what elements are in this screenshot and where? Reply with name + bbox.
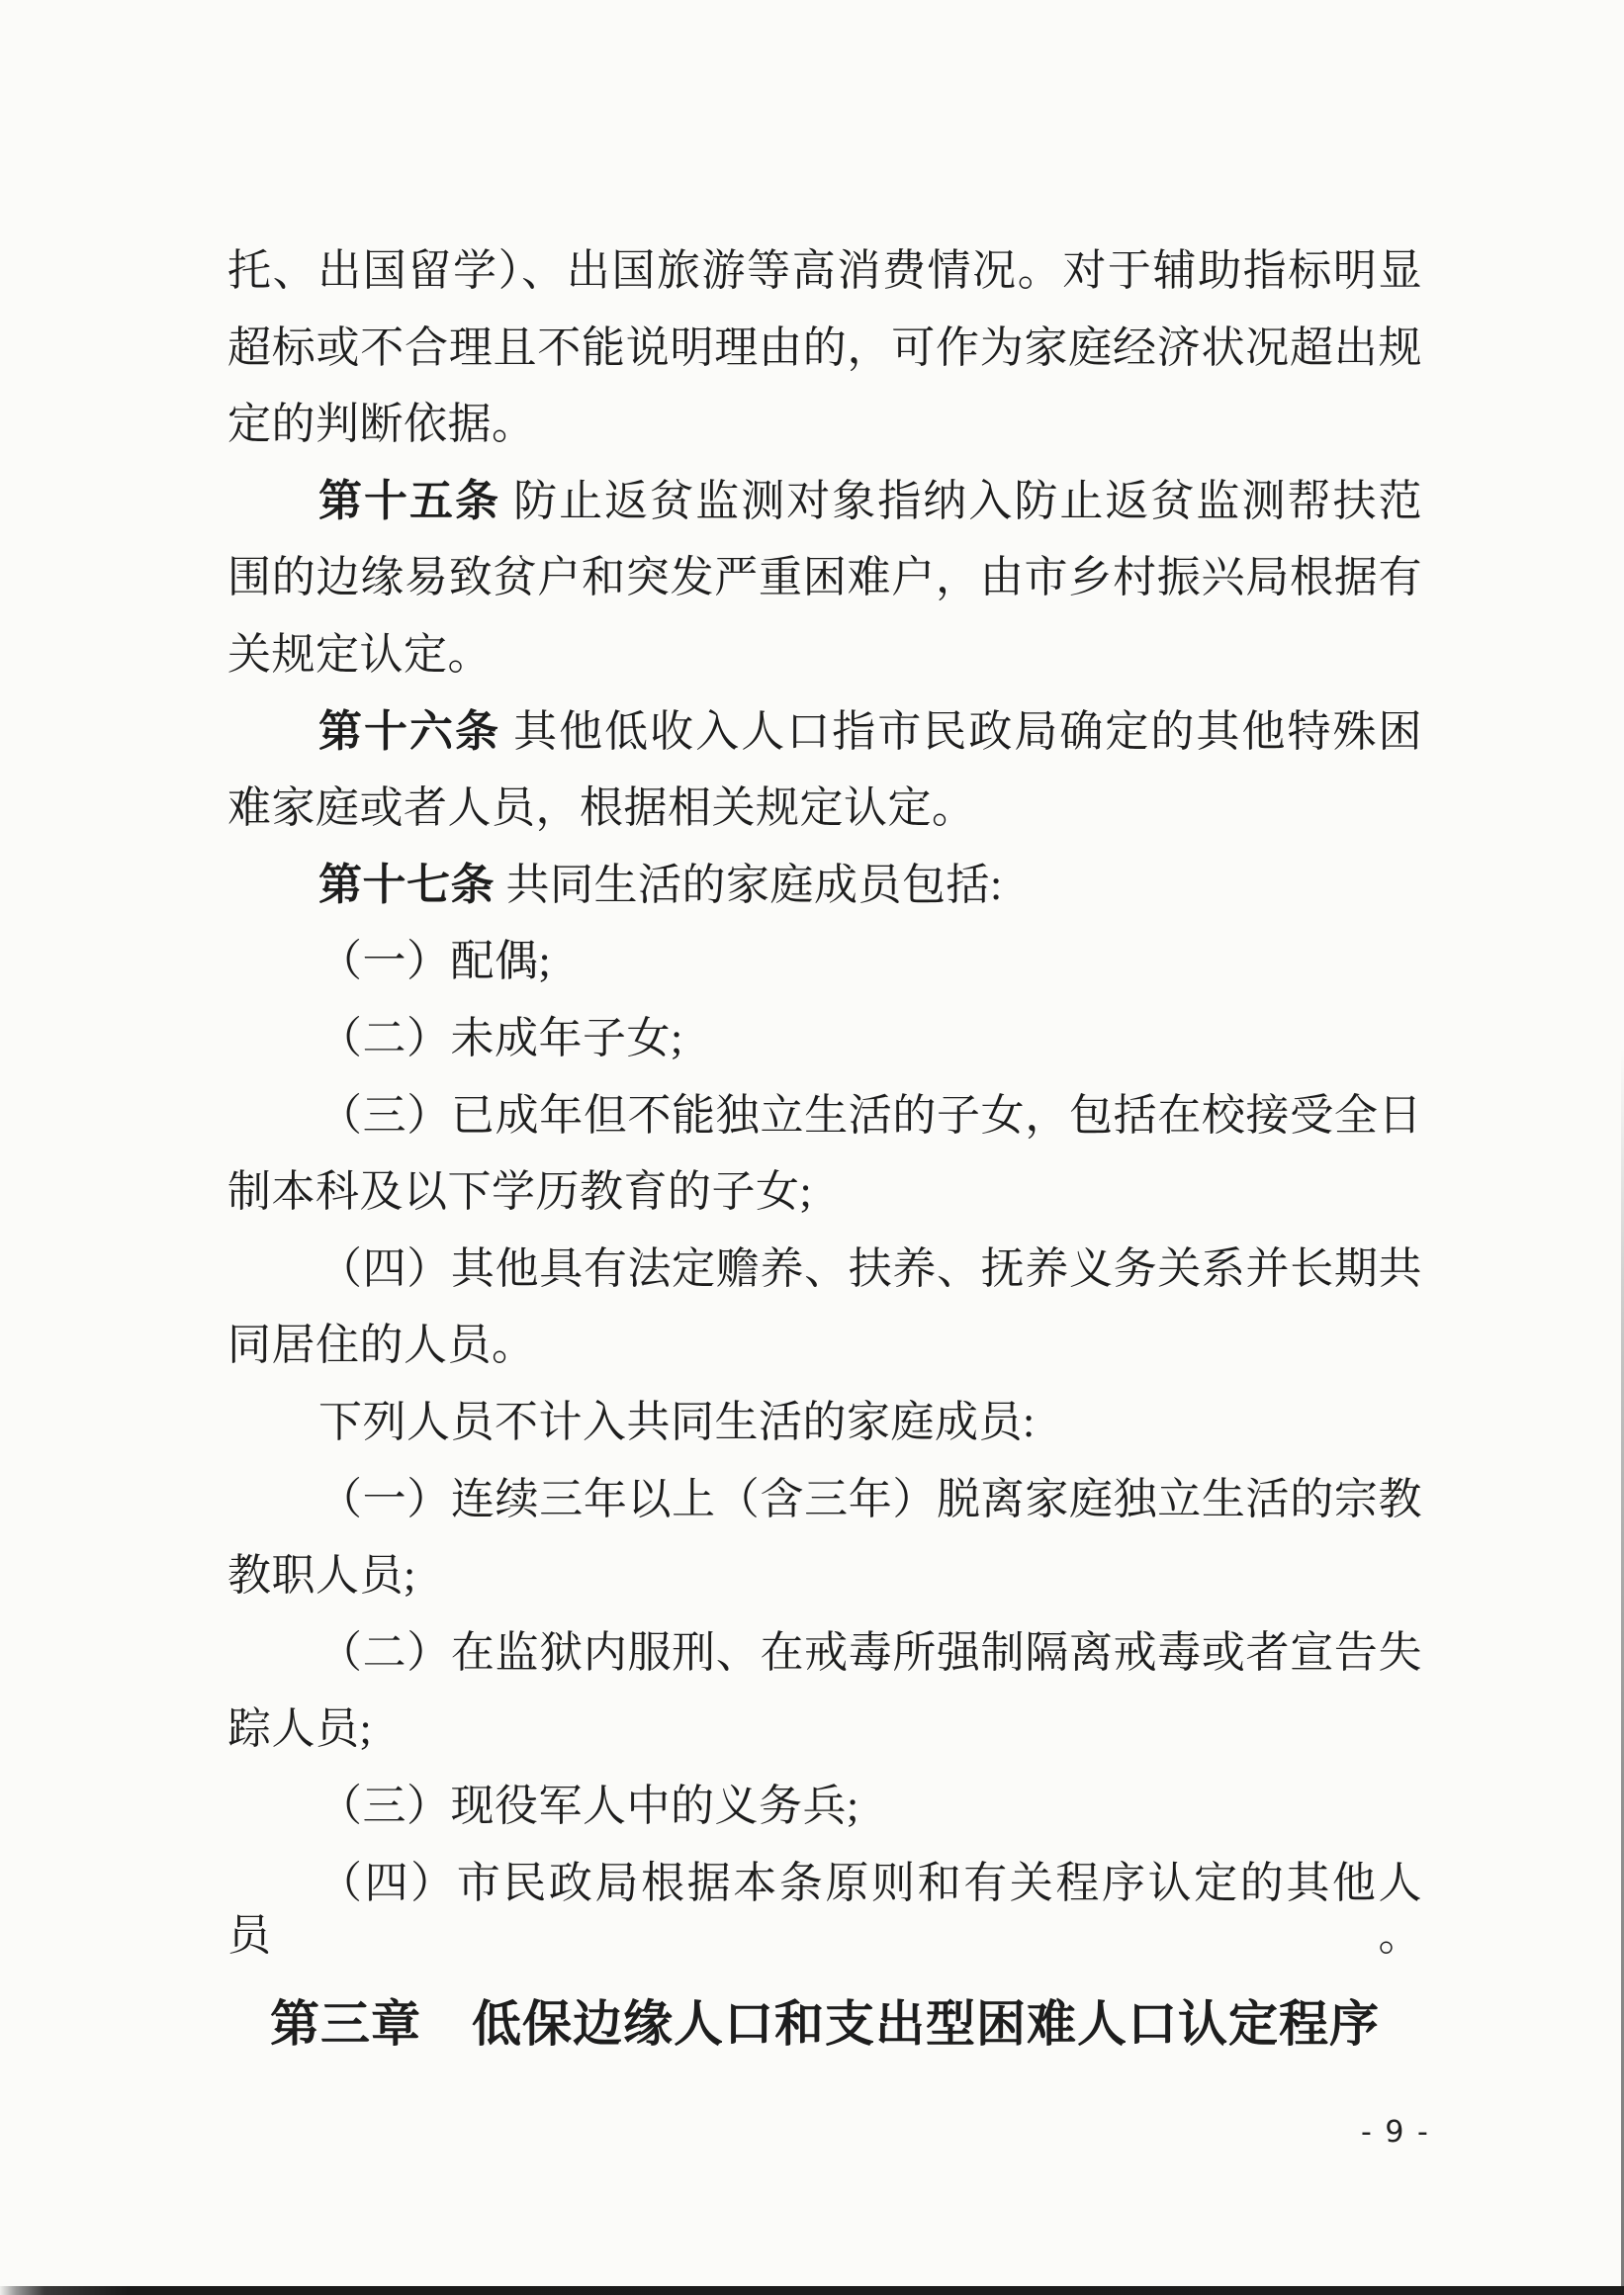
article-number: 第十六条	[318, 707, 500, 756]
text-run: （三）已成年但不能独立生活的子女，包括在校接受全日	[318, 1091, 1422, 1140]
text-line: 下列人员不计入共同生活的家庭成员:	[227, 1397, 1422, 1449]
text-run: 教职人员;	[227, 1551, 416, 1600]
text-run: 围的边缘易致贫户和突发严重困难户，由市乡村振兴局根据有	[227, 553, 1422, 601]
text-line: 第十五条 防止返贫监测对象指纳入防止返贫监测帮扶范	[227, 476, 1422, 528]
text-line: 同居住的人员。	[227, 1320, 1422, 1372]
text-line: 围的边缘易致贫户和突发严重困难户，由市乡村振兴局根据有	[227, 552, 1422, 604]
text-run: 难家庭或者人员，根据相关规定认定。	[227, 783, 976, 832]
text-line: （四）其他具有法定赡养、扶养、抚养义务关系并长期共	[227, 1243, 1422, 1296]
article-number: 第十五条	[318, 477, 500, 525]
text-run: 其他低收入人口指市民政局确定的其他特殊困	[500, 707, 1422, 756]
text-run: （二）未成年子女;	[318, 1014, 683, 1062]
text-line: 制本科及以下学历教育的子女;	[227, 1166, 1422, 1219]
text-run: 共同生活的家庭成员包括:	[495, 861, 1003, 909]
article-number: 第十七条	[318, 861, 495, 909]
text-run: 防止返贫监测对象指纳入防止返贫监测帮扶范	[500, 477, 1422, 525]
text-run: 关规定认定。	[227, 630, 492, 679]
text-line: 第十七条 共同生活的家庭成员包括:	[227, 860, 1422, 912]
text-run: 同居住的人员。	[227, 1321, 536, 1369]
text-run: 托、出国留学）、出国旅游等高消费情况。对于辅助指标明显	[227, 246, 1422, 295]
text-run: （四）市民政局根据本条原则和有关程序认定的其他人员。	[227, 1859, 1422, 1960]
chapter-heading: 第三章 低保边缘人口和支出型困难人口认定程序	[227, 1996, 1422, 2054]
document-page: 托、出国留学）、出国旅游等高消费情况。对于辅助指标明显超标或不合理且不能说明理由…	[0, 0, 1624, 2295]
text-line: 第十六条 其他低收入人口指市民政局确定的其他特殊困	[227, 706, 1422, 759]
text-line: （二）在监狱内服刑、在戒毒所强制隔离戒毒或者宣告失	[227, 1627, 1422, 1680]
text-line: 关规定认定。	[227, 629, 1422, 682]
text-line: 托、出国留学）、出国旅游等高消费情况。对于辅助指标明显	[227, 245, 1422, 298]
scanner-edge-bottom	[0, 2286, 1624, 2295]
text-line: （三）已成年但不能独立生活的子女，包括在校接受全日	[227, 1090, 1422, 1143]
text-line: （一）配偶;	[227, 936, 1422, 988]
text-line: 难家庭或者人员，根据相关规定认定。	[227, 782, 1422, 835]
text-run: （一）配偶;	[318, 937, 551, 985]
text-line: （四）市民政局根据本条原则和有关程序认定的其他人员。	[227, 1858, 1422, 1963]
text-line: （二）未成年子女;	[227, 1013, 1422, 1065]
page-number: - 9 -	[1361, 2115, 1430, 2150]
text-run: 定的判断依据。	[227, 400, 536, 448]
text-run: （二）在监狱内服刑、在戒毒所强制隔离戒毒或者宣告失	[318, 1628, 1422, 1677]
text-run: （四）其他具有法定赡养、扶养、抚养义务关系并长期共	[318, 1244, 1422, 1293]
text-line: 定的判断依据。	[227, 399, 1422, 451]
text-run: 超标或不合理且不能说明理由的，可作为家庭经济状况超出规	[227, 323, 1422, 372]
text-run: 下列人员不计入共同生活的家庭成员:	[318, 1398, 1036, 1446]
text-run: （一）连续三年以上（含三年）脱离家庭独立生活的宗教	[318, 1475, 1422, 1523]
text-run: 踪人员;	[227, 1704, 372, 1753]
text-run: 制本科及以下学历教育的子女;	[227, 1167, 812, 1216]
text-run: （三）现役军人中的义务兵;	[318, 1782, 859, 1830]
text-line: （一）连续三年以上（含三年）脱离家庭独立生活的宗教	[227, 1474, 1422, 1526]
text-line: 踪人员;	[227, 1703, 1422, 1756]
text-line: 超标或不合理且不能说明理由的，可作为家庭经济状况超出规	[227, 322, 1422, 375]
text-line: 教职人员;	[227, 1550, 1422, 1603]
text-line: （三）现役军人中的义务兵;	[227, 1781, 1422, 1833]
